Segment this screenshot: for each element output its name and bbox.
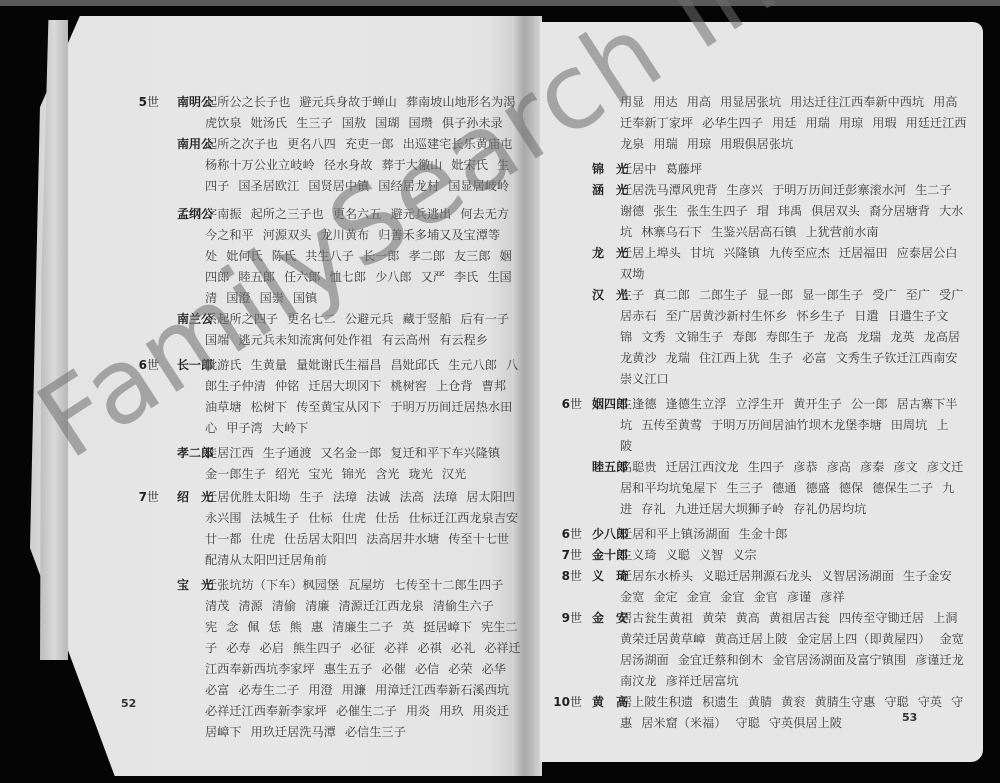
generation-label: 5世: [125, 92, 159, 113]
entry-phrase: 必催生二子: [336, 704, 397, 718]
entry-phrase: 谢德: [620, 204, 644, 218]
entry-phrase: 迁居上埠头: [620, 246, 681, 260]
entry-phrase: 逃元兵未知流寓何处作祖: [238, 333, 372, 347]
genealogy-entry: 锦 光迁居中葛藤坪: [548, 159, 968, 180]
entry-phrase: 起所之三子也: [251, 207, 324, 221]
entry-phrase: 桃树窖: [390, 379, 427, 393]
entry-phrase: 李氏: [454, 270, 478, 284]
entry-phrase: 起所公之长子也: [205, 95, 290, 109]
entry-phrase: 妣何氏: [226, 249, 263, 263]
entry-phrase: 必启: [260, 641, 284, 655]
entry-phrase: 居米窟（米福）: [641, 716, 726, 730]
entry-phrase: 九进迁居大坝狮子岭: [675, 502, 785, 516]
entry-phrase: 必礼: [451, 641, 475, 655]
ancestor-name: 汉 光: [588, 285, 628, 306]
entry-phrase: 守英俱居上陂: [769, 716, 842, 730]
entry-phrase: 必信: [415, 662, 439, 676]
entry-text: 起所之次子也更名八四充吏一郎出巡建宅长乐黄庙屯杨称十万公业立岐岭径水身故葬于大徼…: [205, 134, 521, 197]
entry-phrase: 用澄: [308, 683, 332, 697]
entry-phrase: 油草塘: [205, 400, 242, 414]
entry-phrase: 七传至十二郎生四子: [394, 578, 504, 592]
entry-phrase: 金定: [653, 590, 677, 604]
entry-text: 生义琦义聪义智义宗: [620, 545, 968, 566]
entry-phrase: 兴隆镇: [723, 246, 760, 260]
entry-phrase: 用玖: [439, 704, 463, 718]
entry-phrase: 守聪: [736, 716, 760, 730]
entry-phrase: 金官居汤湖面及富宁镇围: [772, 653, 906, 667]
entry-phrase: 黄荣迁居黄草嶂: [620, 632, 705, 646]
entry-phrase: 积遗生: [702, 695, 739, 709]
entry-phrase: 生元八郎: [448, 358, 497, 372]
entry-phrase: 用瑞: [805, 116, 829, 130]
entry-phrase: 系起所之四子: [205, 312, 278, 326]
entry-phrase: 义聪迁居荆源石龙头: [702, 569, 812, 583]
entry-phrase: 生子: [769, 351, 793, 365]
entry-phrase: 彦秦: [860, 460, 884, 474]
entry-phrase: 避元兵逃出: [390, 207, 451, 221]
entry-phrase: 又名金一郎: [321, 446, 382, 460]
entry-phrase: 更名八四: [287, 137, 336, 151]
entry-phrase: 迁居东水桥头: [620, 569, 693, 583]
entry-phrase: 生子通渡: [263, 446, 312, 460]
entry-phrase: 用瑞: [653, 137, 677, 151]
entry-phrase: 金宜迁蔡和倒木: [678, 653, 763, 667]
entry-phrase: 必富: [205, 683, 229, 697]
genealogy-entry: 6世长一郎妣游氏生黄量量妣谢氏生福昌昌妣邱氏生元八郎八郎生子仲清仲铭迁居大坝冈下…: [125, 355, 521, 439]
genealogy-entry: 南兰公系起所之四子更名七二公避元兵藏于竖船后有一子国端逃元兵未知流寓何处作祖有云…: [125, 309, 521, 351]
entry-phrase: 清廉: [305, 599, 329, 613]
entry-text: 用显用达用高用显居张坑用达迁往江西奉新中西坑用高迁奉新丁家坪必华生四子用廷用瑞用…: [620, 92, 968, 155]
generation-label: 7世: [548, 545, 582, 566]
entry-text: 起所公之长子也避元兵身故于蝉山葬南坡山地形名为渴虎饮泉妣汤氏生三子国敖国瑚国瓒俱…: [205, 92, 521, 134]
entry-phrase: 生黄量: [251, 358, 288, 372]
entry-phrase: 曹邦: [482, 379, 506, 393]
entry-phrase: 清源: [238, 599, 262, 613]
page-number-right: 53: [902, 711, 917, 724]
entry-phrase: 居上陂生积遗: [620, 695, 693, 709]
entry-phrase: 国澄: [226, 291, 250, 305]
entry-text: 生子真二郎二郎生子显一郎显一郎生子受广至广受广居赤石至广居黄沙新村生怀乡怀乡生子…: [620, 285, 968, 390]
entry-phrase: 迁居福田: [839, 246, 888, 260]
generation-label: 9世: [548, 608, 582, 629]
entry-phrase: 德盛: [805, 481, 829, 495]
ancestor-name: 绍 光: [167, 487, 213, 508]
entry-phrase: 宪: [205, 620, 217, 634]
entry-text: 徒居江西生子通渡又名金一郎复迁和平下车兴隆镇金一郎生子绍光宝光锦光含光珑光汉光: [205, 443, 521, 485]
entry-phrase: 含光: [375, 467, 399, 481]
entry-phrase: 黄腈: [748, 695, 772, 709]
ancestor-name: 金十郎: [588, 545, 628, 566]
ancestor-name: 义 琦: [588, 566, 628, 587]
entry-text: 迁居东水桥头义聪迁居荆源石龙头义智居汤湖面生子金安金宽金定金宣金宜金官彦谨彦祥: [620, 566, 968, 608]
entry-phrase: 用琼: [839, 116, 863, 130]
entry-phrase: 清茂: [205, 599, 229, 613]
ancestor-name: 龙 光: [588, 243, 628, 264]
ancestor-name: 锦 光: [588, 159, 628, 180]
entry-phrase: 法璋: [333, 490, 357, 504]
entry-phrase: 仕岳: [375, 511, 399, 525]
entry-phrase: 用达迁往江西奉新中西坑: [790, 95, 924, 109]
entry-phrase: 法高: [399, 490, 423, 504]
entry-phrase: 充吏一郎: [345, 137, 394, 151]
entry-phrase: 迁居和平上镇汤湖面: [620, 527, 730, 541]
entry-text: 名聪贵迁居江西汶龙生四子彦恭彦高彦秦彦文彦文迁居和平均坑兔屋下生三子德通德盛德保…: [620, 457, 968, 520]
entry-phrase: 义宗: [732, 548, 756, 562]
entry-phrase: 英: [402, 620, 414, 634]
genealogy-entry: 汉 光生子真二郎二郎生子显一郎显一郎生子受广至广受广居赤石至广居黄沙新村生怀乡怀…: [548, 285, 968, 390]
entry-phrase: 至广: [906, 288, 930, 302]
entry-phrase: 必祥迁江西奉新李家坪: [205, 704, 327, 718]
entry-phrase: 金宽: [620, 590, 644, 604]
genealogy-entry: 涵 光迁居洗马潭风兜背生彦兴于明万历间迁彭寨滚水河生二子谢德张生张生生四子瑁玮禹…: [548, 180, 968, 243]
generation-label: 7世: [125, 487, 159, 508]
entry-phrase: 恤七郎: [330, 270, 367, 284]
entry-phrase: 存礼: [641, 502, 665, 516]
entry-phrase: 量妣谢氏生福昌: [296, 358, 381, 372]
entry-phrase: 更名六五: [333, 207, 382, 221]
genealogy-entry: 南用公起所之次子也更名八四充吏一郎出巡建宅长乐黄庙屯杨称十万公业立岐岭径水身故葬…: [125, 134, 521, 197]
entry-text: 迁张坑坊（下车）枫园堡瓦屋坊七传至十二郎生四子清茂清源清偷清廉清源迁江西龙泉清偷…: [205, 575, 521, 743]
entry-phrase: 挺居嶂下: [423, 620, 472, 634]
entry-phrase: 复迁和平下车兴隆镇: [390, 446, 500, 460]
genealogy-entry: 6世姻四郎生逢德逢德生立浮立浮生开黄开生子公一郎居古寨下半坑五传至黄莺于明万历间…: [548, 394, 968, 457]
ancestor-name: 金 安: [588, 608, 628, 629]
entry-phrase: 生三子: [296, 116, 333, 130]
entry-phrase: 生金十郎: [739, 527, 788, 541]
entry-phrase: 黄开生子: [793, 397, 842, 411]
entry-phrase: 生彦兴: [727, 183, 764, 197]
entry-phrase: 彦高: [827, 460, 851, 474]
entry-phrase: 瑁: [757, 204, 769, 218]
entry-phrase: 熊: [290, 620, 302, 634]
entry-phrase: 存礼仍居均坑: [793, 502, 866, 516]
entry-phrase: 松树下: [251, 400, 288, 414]
entry-phrase: 迁居江西汶龙: [666, 460, 739, 474]
entry-phrase: 林寨乌石下: [641, 225, 702, 239]
entry-phrase: 睦五郎: [238, 270, 275, 284]
entry-phrase: 起所之次子也: [205, 137, 278, 151]
entry-phrase: 黄荣: [702, 611, 726, 625]
entry-phrase: 法高居井水塘: [366, 532, 439, 546]
entry-phrase: 孝二郎: [408, 249, 445, 263]
entry-text: 妣游氏生黄量量妣谢氏生福昌昌妣邱氏生元八郎八郎生子仲清仲铭迁居大坝冈下桃树窖上仓…: [205, 355, 521, 439]
entry-phrase: 陈氏: [272, 249, 296, 263]
entry-phrase: 惠: [311, 620, 323, 634]
entry-phrase: 俱子孙未录: [442, 116, 503, 130]
entry-phrase: 国崇: [260, 291, 284, 305]
entry-phrase: 国敖: [342, 116, 366, 130]
ancestor-name: 南明公: [167, 92, 213, 113]
genealogy-entry: 孟纲公字南振起所之三子也更名六五避元兵逃出何去无方今之和平河源双头龙川黄布归善禾…: [125, 204, 521, 309]
entry-phrase: 公一郎: [851, 397, 888, 411]
entry-text: 生逢德逢德生立浮立浮生开黄开生子公一郎居古寨下半坑五传至黄莺于明万历间居油竹坝木…: [620, 394, 968, 457]
entry-phrase: 居古瓮生黄祖: [620, 611, 693, 625]
entry-phrase: 龙高: [823, 330, 847, 344]
entry-phrase: 瓦屋坊: [348, 578, 385, 592]
entry-phrase: 葛藤坪: [666, 162, 703, 176]
entry-phrase: 上洞: [933, 611, 957, 625]
entry-phrase: 昌妣邱氏: [390, 358, 439, 372]
entry-phrase: 用高: [687, 95, 711, 109]
entry-phrase: 必华生四子: [702, 116, 763, 130]
entry-phrase: 有云程乡: [439, 333, 488, 347]
entry-phrase: 立浮生开: [736, 397, 785, 411]
ancestor-name: 孝二郎: [167, 443, 213, 464]
entry-phrase: 更名七二: [287, 312, 336, 326]
entry-phrase: 甘坑: [690, 246, 714, 260]
entry-phrase: 甲子湾: [226, 421, 263, 435]
entry-phrase: 葬于大徼山: [381, 158, 442, 172]
entry-phrase: 必荣: [448, 662, 472, 676]
entry-phrase: 至广居黄沙新村生怀乡: [666, 309, 788, 323]
entry-phrase: 田周坑: [891, 418, 928, 432]
entry-phrase: 必祺: [417, 641, 441, 655]
entry-phrase: 生二子: [915, 183, 952, 197]
entry-phrase: 共生八子: [305, 249, 354, 263]
entry-phrase: 用显: [620, 95, 644, 109]
entry-phrase: 义智: [699, 548, 723, 562]
entry-phrase: 五传至黄莺: [641, 418, 702, 432]
entry-phrase: 用廷: [772, 116, 796, 130]
entry-phrase: 妣汤氏: [251, 116, 288, 130]
entry-phrase: 显一郎: [757, 288, 794, 302]
entry-phrase: 金宜: [720, 590, 744, 604]
entry-text: 迁居中葛藤坪: [620, 159, 968, 180]
entry-phrase: 国瑚: [375, 116, 399, 130]
entry-phrase: 金定居上四（即黄屋四）: [796, 632, 930, 646]
entry-phrase: 迁居优胜太阳坳: [205, 490, 290, 504]
left-page-content: 5世南明公起所公之长子也避元兵身故于蝉山葬南坡山地形名为渴虎饮泉妣汤氏生三子国敖…: [125, 92, 521, 743]
entry-phrase: 用显居张坑: [720, 95, 781, 109]
entry-phrase: 绍光: [275, 467, 299, 481]
entry-phrase: 守英: [918, 695, 942, 709]
entry-phrase: 生子金安: [903, 569, 952, 583]
generation-label: 10世: [548, 692, 582, 713]
entry-phrase: 国显居岐岭: [448, 179, 509, 193]
entry-phrase: 彦祥迁居富坑: [666, 674, 739, 688]
entry-phrase: 熊生四子: [293, 641, 342, 655]
entry-phrase: 锦光: [342, 467, 366, 481]
entry-phrase: 玮禹: [778, 204, 802, 218]
entry-phrase: 彦谨: [787, 590, 811, 604]
page-number-left: 52: [121, 697, 136, 710]
entry-phrase: 清廉生二子: [332, 620, 393, 634]
entry-phrase: 上犹营前水南: [805, 225, 878, 239]
right-page-content: 用显用达用高用显居张坑用达迁往江西奉新中西坑用高迁奉新丁家坪必华生四子用廷用瑞用…: [548, 92, 968, 734]
entry-phrase: 惠生五子: [324, 662, 373, 676]
entry-phrase: 清偷生六子: [433, 599, 494, 613]
entry-phrase: 任六郎: [284, 270, 321, 284]
entry-phrase: 传至黄宝从冈下: [296, 400, 381, 414]
entry-phrase: 必祥: [384, 641, 408, 655]
entry-phrase: 用琼: [687, 137, 711, 151]
entry-phrase: 文锦生子: [675, 330, 724, 344]
entry-phrase: 用漳迁江西奉新石溪西坑: [375, 683, 509, 697]
ancestor-name: 宝 光: [167, 575, 213, 596]
entry-text: 系起所之四子更名七二公避元兵藏于竖船后有一子国端逃元兵未知流寓何处作祖有云高州有…: [205, 309, 521, 351]
entry-phrase: 文秀: [641, 330, 665, 344]
entry-text: 迁居和平上镇汤湖面生金十郎: [620, 524, 968, 545]
entry-phrase: 必华: [482, 662, 506, 676]
generation-label: 6世: [125, 355, 159, 376]
entry-phrase: 藏于竖船: [403, 312, 452, 326]
entry-phrase: 公避元兵: [345, 312, 394, 326]
ancestor-name: 涵 光: [588, 180, 628, 201]
entry-phrase: 恁: [269, 620, 281, 634]
entry-phrase: 彦恭: [793, 460, 817, 474]
entry-phrase: 必寿生二子: [238, 683, 299, 697]
genealogy-entry: 5世南明公起所公之长子也避元兵身故于蝉山葬南坡山地形名为渴虎饮泉妣汤氏生三子国敖…: [125, 92, 521, 134]
entry-phrase: 国圣居欧江: [238, 179, 299, 193]
entry-phrase: 黄腈生守惠: [814, 695, 875, 709]
entry-phrase: 于明万历间迁彭寨滚水河: [772, 183, 906, 197]
genealogy-entry: 9世金 安居古瓮生黄祖黄荣黄高黄祖居古瓮四传至守锄迁居上洞黄荣迁居黄草嶂黄高迁居…: [548, 608, 968, 692]
entry-phrase: 国镇: [293, 291, 317, 305]
entry-phrase: 用玖迁居洗马潭: [251, 725, 336, 739]
entry-phrase: 必富: [802, 351, 826, 365]
entry-phrase: 寿郎: [732, 330, 756, 344]
genealogy-entry: 8世义 琦迁居东水桥头义聪迁居荆源石龙头义智居汤湖面生子金安金宽金定金宣金宜金官…: [548, 566, 968, 608]
entry-phrase: 金一郎生子: [205, 467, 266, 481]
entry-phrase: 仕岳居太阳凹: [284, 532, 357, 546]
entry-phrase: 妣宋氏: [451, 158, 488, 172]
entry-text: 迁居优胜太阳坳生子法璋法诚法高法璋居太阳凹永兴围法城生子仕标仕虎仕岳仕标迁江西龙…: [205, 487, 521, 571]
entry-phrase: 宝光: [308, 467, 332, 481]
entry-phrase: 龙英: [890, 330, 914, 344]
entry-phrase: 法诚: [366, 490, 390, 504]
entry-phrase: 于明万历间居油竹坝木龙堡李塘: [711, 418, 882, 432]
generation-label: 6世: [548, 394, 582, 415]
entry-phrase: 长一郎: [363, 249, 400, 263]
entry-text: 迁居洗马潭风兜背生彦兴于明万历间迁彭寨滚水河生二子谢德张生张生生四子瑁玮禹俱居双…: [620, 180, 968, 243]
entry-phrase: 佩: [247, 620, 259, 634]
entry-phrase: 张生生四子: [687, 204, 748, 218]
entry-phrase: 德通: [772, 481, 796, 495]
scan-border: [0, 0, 1000, 6]
entry-phrase: 珑光: [408, 467, 432, 481]
entry-phrase: 怀乡生子: [796, 309, 845, 323]
ancestor-name: 睦五郎: [588, 457, 628, 478]
entry-phrase: 汉光: [442, 467, 466, 481]
entry-phrase: 彦祥: [820, 590, 844, 604]
entry-phrase: 张生: [653, 204, 677, 218]
entry-phrase: 用达: [653, 95, 677, 109]
genealogy-entry: 龙 光迁居上埠头甘坑兴隆镇九传至应杰迁居福田应泰居公白双坳: [548, 243, 968, 285]
entry-phrase: 义智居汤湖面: [821, 569, 894, 583]
entry-phrase: 用濂: [342, 683, 366, 697]
entry-phrase: 四传至守锄迁居: [839, 611, 924, 625]
entry-phrase: 必催: [381, 662, 405, 676]
entry-phrase: 德保: [839, 481, 863, 495]
genealogy-entry: 7世金十郎生义琦义聪义智义宗: [548, 545, 968, 566]
genealogy-entry: 用显用达用高用显居张坑用达迁往江西奉新中西坑用高迁奉新丁家坪必华生四子用廷用瑞用…: [548, 92, 968, 155]
genealogy-entry: 宝 光迁张坑坊（下车）枫园堡瓦屋坊七传至十二郎生四子清茂清源清偷清廉清源迁江西龙…: [125, 575, 521, 743]
entry-phrase: 裔分居塘背: [869, 204, 930, 218]
entry-phrase: 国贤居中镇: [308, 179, 369, 193]
entry-phrase: 友三郎: [454, 249, 491, 263]
entry-phrase: 住江西上犹: [699, 351, 760, 365]
entry-phrase: 彦文: [893, 460, 917, 474]
genealogy-entry: 7世绍 光迁居优胜太阳坳生子法璋法诚法高法璋居太阳凹永兴围法城生子仕标仕虎仕岳仕…: [125, 487, 521, 571]
entry-phrase: 用炎: [406, 704, 430, 718]
ancestor-name: 南用公: [167, 134, 213, 155]
entry-phrase: 逢德生立浮: [666, 397, 727, 411]
entry-phrase: 用瑕: [872, 116, 896, 130]
ancestor-name: 黄 高: [588, 692, 628, 713]
entry-phrase: 生三子: [727, 481, 764, 495]
ancestor-name: 少八郎: [588, 524, 628, 545]
entry-phrase: 迁张坑坊（下车）枫园堡: [205, 578, 339, 592]
entry-phrase: 德保生二子: [872, 481, 933, 495]
ancestor-name: 南兰公: [167, 309, 213, 330]
entry-phrase: 龙川黄布: [321, 228, 370, 242]
entry-text: 迁居上埠头甘坑兴隆镇九传至应杰迁居福田应泰居公白双坳: [620, 243, 968, 285]
entry-phrase: 有云高州: [381, 333, 430, 347]
entry-phrase: 法城生子: [251, 511, 300, 525]
entry-phrase: 必信生三子: [345, 725, 406, 739]
entry-phrase: 又严: [421, 270, 445, 284]
entry-phrase: 国经居龙村: [378, 179, 439, 193]
entry-phrase: 龙瑞: [857, 330, 881, 344]
entry-phrase: 上仓背: [436, 379, 473, 393]
ancestor-name: 孟纲公: [167, 204, 213, 225]
entry-text: 字南振起所之三子也更名六五避元兵逃出何去无方今之和平河源双头龙川黄布归善禾多埔又…: [205, 204, 521, 309]
entry-phrase: 义聪: [666, 548, 690, 562]
genealogy-entry: 睦五郎名聪贵迁居江西汶龙生四子彦恭彦高彦秦彦文彦文迁居和平均坑兔屋下生三子德通德…: [548, 457, 968, 520]
entry-phrase: 今之和平: [205, 228, 254, 242]
entry-phrase: 九传至应杰: [769, 246, 830, 260]
genealogy-entry: 6世少八郎迁居和平上镇汤湖面生金十郎: [548, 524, 968, 545]
entry-phrase: 迁居大坝冈下: [308, 379, 381, 393]
entry-phrase: 黄衮: [781, 695, 805, 709]
entry-phrase: 生鉴兴居高石镇: [711, 225, 796, 239]
entry-phrase: 黄祖居古瓮: [769, 611, 830, 625]
entry-phrase: 河源双头: [263, 228, 312, 242]
entry-phrase: 仕虎: [251, 532, 275, 546]
entry-phrase: 念: [226, 620, 238, 634]
entry-phrase: 黄高迁居上陂: [714, 632, 787, 646]
entry-phrase: 生四子: [748, 460, 785, 474]
entry-phrase: 清源迁江西龙泉: [339, 599, 424, 613]
entry-phrase: 龙瑞: [666, 351, 690, 365]
entry-phrase: 避元兵身故于蝉山: [299, 95, 397, 109]
genealogy-entry: 孝二郎徒居江西生子通渡又名金一郎复迁和平下车兴隆镇金一郎生子绍光宝光锦光含光珑光…: [125, 443, 521, 485]
ancestor-name: 姻四郎: [588, 394, 628, 415]
entry-phrase: 少八郎: [375, 270, 412, 284]
generation-label: 8世: [548, 566, 582, 587]
entry-phrase: 何去无方: [460, 207, 509, 221]
entry-phrase: 仕虎: [342, 511, 366, 525]
entry-phrase: 国瓒: [408, 116, 432, 130]
entry-phrase: 日遣: [854, 309, 878, 323]
entry-phrase: 生子: [299, 490, 323, 504]
entry-phrase: 受广: [872, 288, 896, 302]
entry-text: 居古瓮生黄祖黄荣黄高黄祖居古瓮四传至守锄迁居上洞黄荣迁居黄草嶂黄高迁居上陂金定居…: [620, 608, 968, 692]
entry-phrase: 清偷: [272, 599, 296, 613]
entry-phrase: 俱居双头: [811, 204, 860, 218]
entry-phrase: 仕标: [308, 511, 332, 525]
entry-phrase: 法璋: [433, 490, 457, 504]
entry-phrase: 二郎生子: [699, 288, 748, 302]
entry-phrase: 金宣: [687, 590, 711, 604]
entry-phrase: 迁居洗马潭风兜背: [620, 183, 718, 197]
ancestor-name: 长一郎: [167, 355, 213, 376]
entry-phrase: 守聪: [884, 695, 908, 709]
entry-phrase: 寿郎生子: [766, 330, 815, 344]
entry-phrase: 径水身故: [324, 158, 373, 172]
entry-phrase: 仲铭: [275, 379, 299, 393]
entry-phrase: 黄高: [736, 611, 760, 625]
